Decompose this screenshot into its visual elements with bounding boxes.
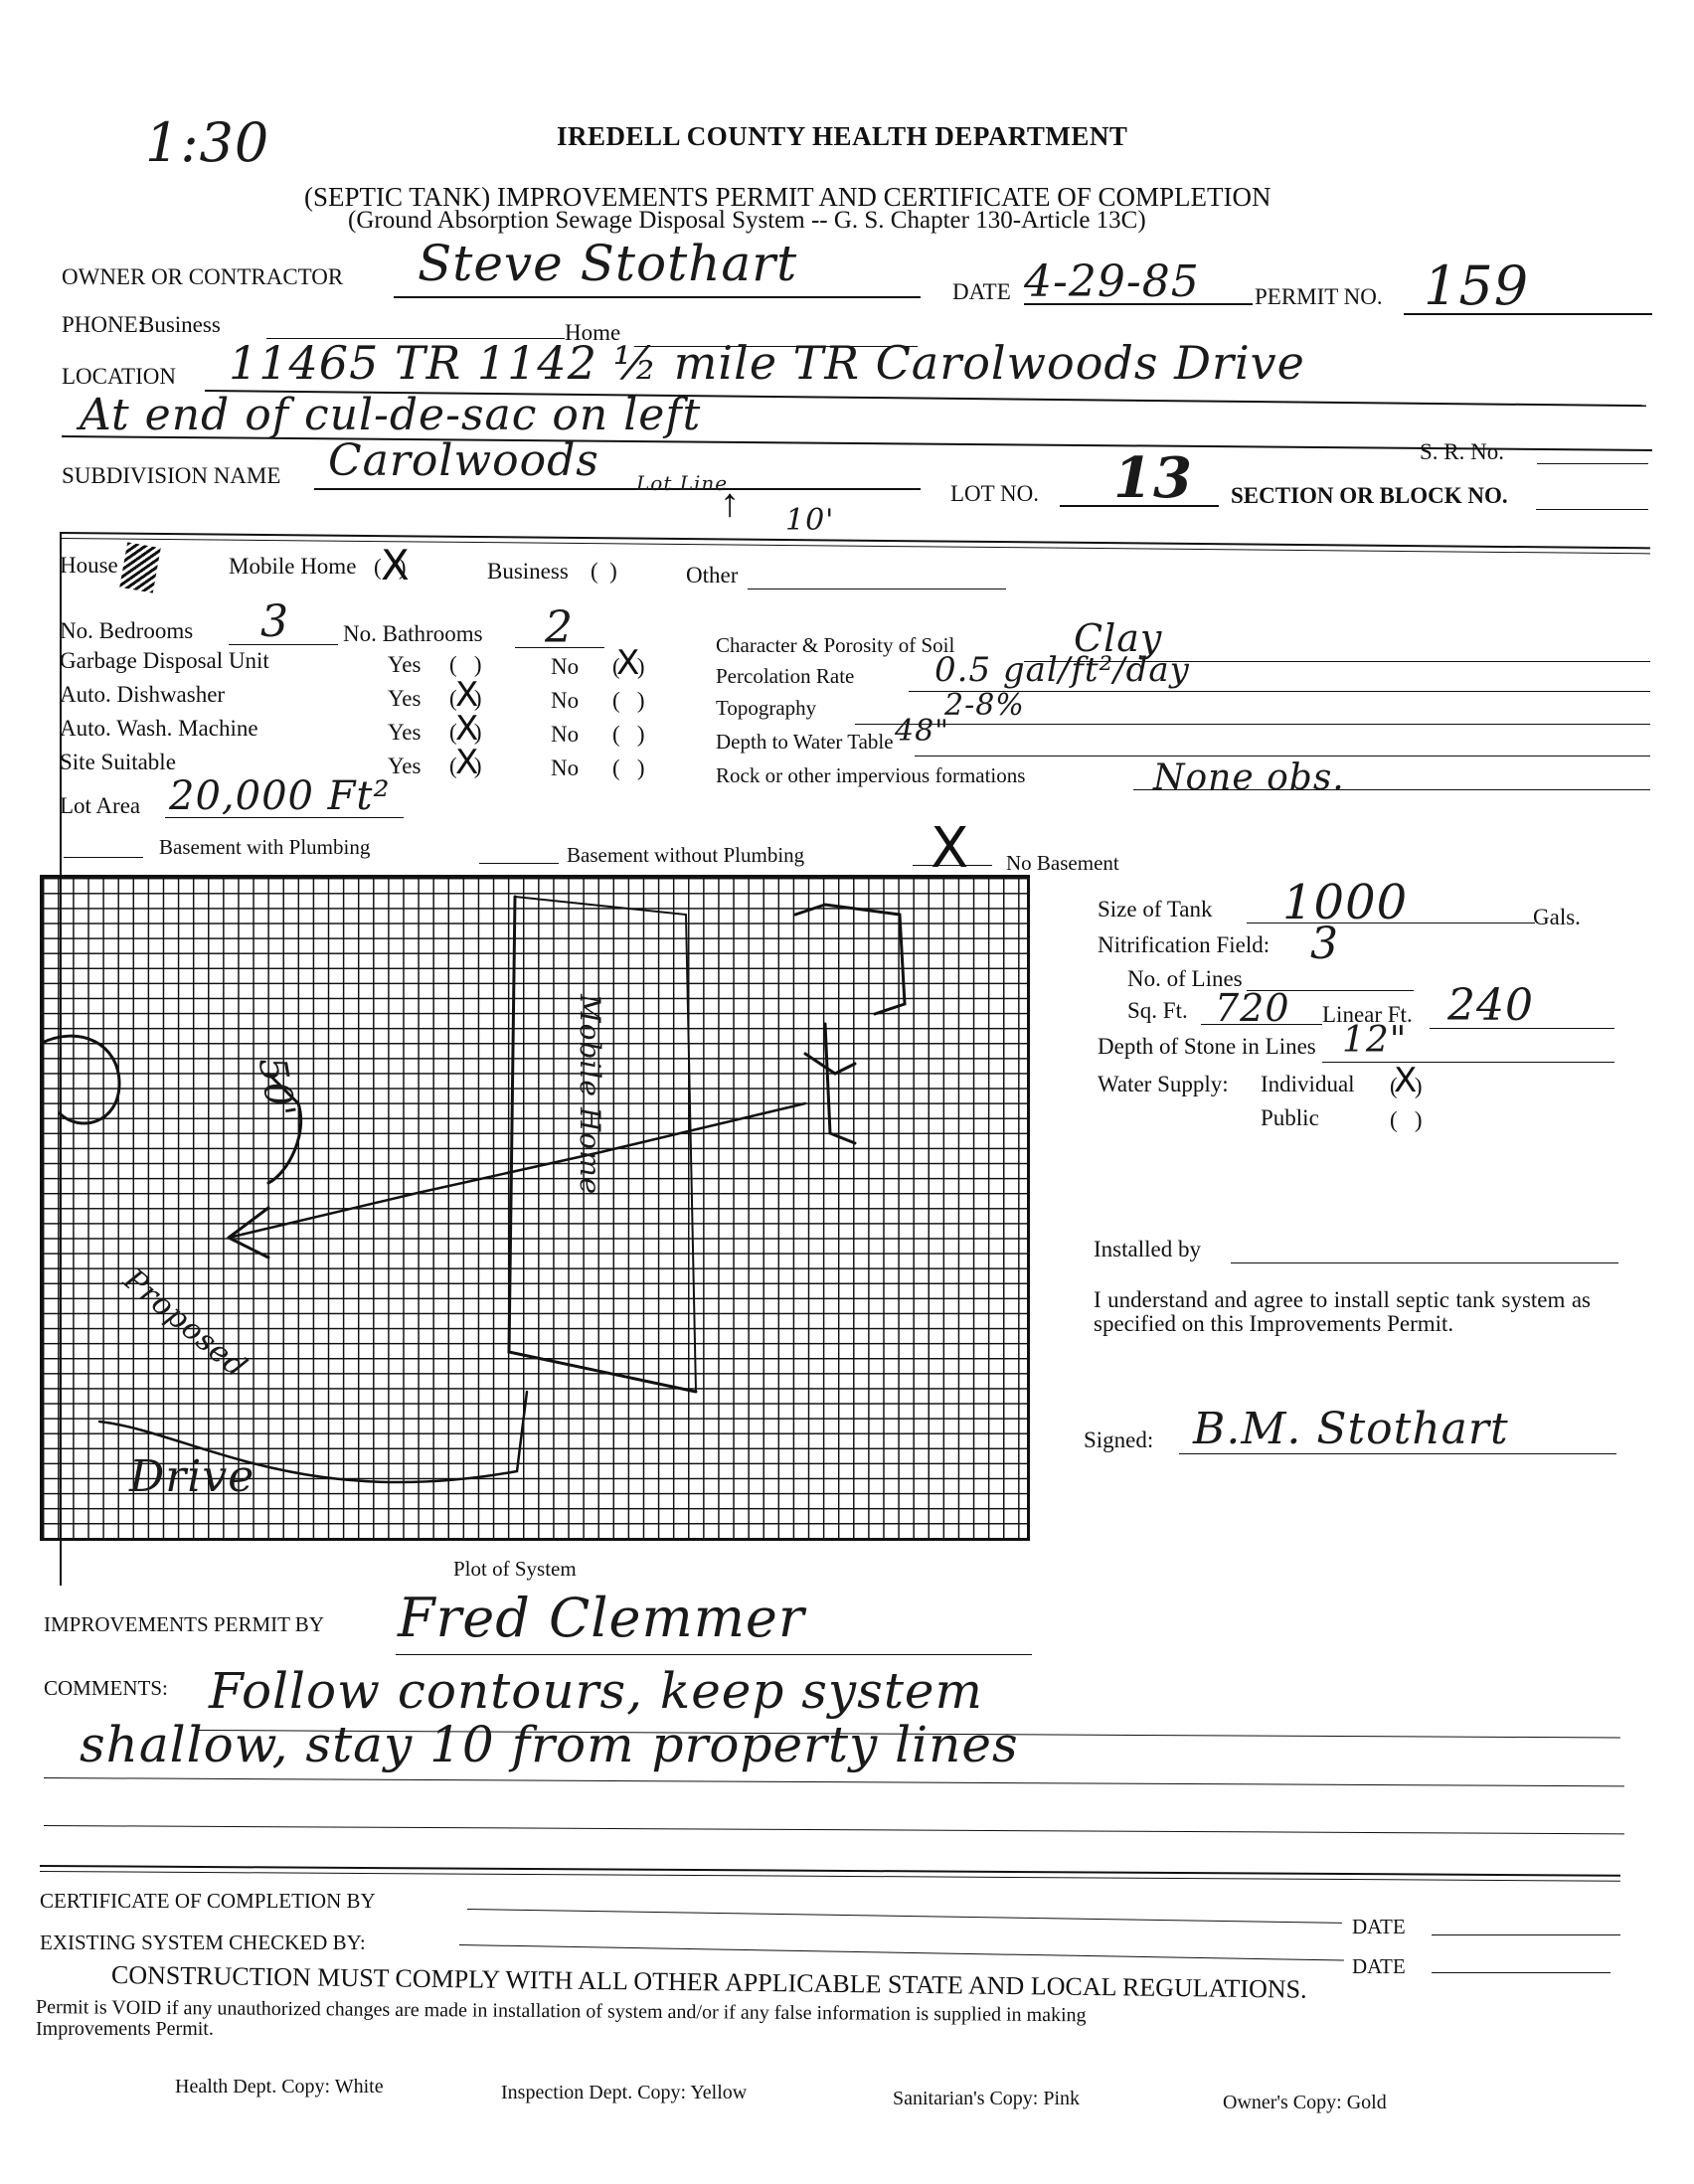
void-notice-line2: Improvements Permit. <box>36 2018 214 2041</box>
linear-ft-field[interactable]: 240 <box>1447 980 1534 1031</box>
house-scribble <box>119 542 160 592</box>
tank-size-label: Size of Tank <box>1098 897 1213 923</box>
location-label: LOCATION <box>62 364 176 390</box>
site-suitable-no-checkbox[interactable]: ( ) <box>612 756 645 781</box>
public-checkbox[interactable]: ( ) <box>1390 1107 1423 1133</box>
comments-label: COMMENTS: <box>44 1676 168 1701</box>
no-label: No <box>551 654 579 680</box>
other-field[interactable] <box>748 588 1006 589</box>
date-label-1: DATE <box>1352 1915 1406 1939</box>
signature-field[interactable]: B.M. Stothart <box>1193 1404 1509 1454</box>
arrow-up-icon: ↑ <box>720 483 740 523</box>
sr-no-field[interactable] <box>1537 463 1648 464</box>
other-label: Other <box>686 563 738 588</box>
margin-note: 1:30 <box>145 111 269 174</box>
date-label: DATE <box>952 279 1011 305</box>
garbage-no-mark: X <box>616 646 639 680</box>
comments-line3[interactable] <box>44 1825 1624 1834</box>
yes-label: Yes <box>388 754 421 779</box>
soil-character-label: Character & Porosity of Soil <box>716 633 954 658</box>
wash-machine-label: Auto. Wash. Machine <box>60 716 258 742</box>
existing-system-label: EXISTING SYSTEM CHECKED BY: <box>40 1931 366 1955</box>
permit-by-field[interactable]: Fred Clemmer <box>398 1587 805 1649</box>
existing-system-field[interactable] <box>459 1944 1344 1961</box>
yes-label: Yes <box>388 652 421 678</box>
tank-unit-label: Gals. <box>1533 905 1581 930</box>
percolation-field[interactable]: 0.5 gal/ft²/day <box>934 650 1190 690</box>
stone-depth-field[interactable]: 12" <box>1342 1020 1407 1061</box>
percolation-label: Percolation Rate <box>716 664 854 689</box>
lines-field[interactable]: 3 <box>1310 919 1339 969</box>
owner-label: OWNER OR CONTRACTOR <box>62 264 343 290</box>
water-table-label: Depth to Water Table <box>716 730 894 755</box>
lot-line-annotation: Lot Line <box>636 471 728 495</box>
lot-no-field[interactable]: 13 <box>1113 445 1193 511</box>
sr-no-label: S. R. No. <box>1420 439 1504 465</box>
sketch-label-mobile-home: Mobile Home <box>574 994 606 1195</box>
plot-sketch <box>40 875 1030 1541</box>
nitrification-label: Nitrification Field: <box>1098 932 1270 958</box>
installed-by-field[interactable] <box>1231 1262 1618 1263</box>
rock-formations-field[interactable]: None obs. <box>1153 757 1345 798</box>
section-label: SECTION OR BLOCK NO. <box>1231 483 1508 509</box>
sqft-label: Sq. Ft. <box>1127 998 1188 1024</box>
date-field[interactable]: 4-29-85 <box>1024 256 1200 307</box>
lot-area-label: Lot Area <box>60 793 140 819</box>
comments-line1[interactable]: Follow contours, keep system <box>209 1662 983 1720</box>
basement-without-field[interactable] <box>479 863 559 864</box>
certificate-field[interactable] <box>467 1909 1342 1924</box>
yes-label: Yes <box>388 686 421 712</box>
completion-date-2-field[interactable] <box>1432 1972 1610 1973</box>
dishwasher-yes-mark: X <box>455 678 478 712</box>
phone-business-label: Business <box>139 312 221 338</box>
sketch-label-road: Drive <box>129 1451 254 1502</box>
installed-by-label: Installed by <box>1094 1237 1201 1262</box>
no-basement-label: No Basement <box>1006 851 1119 876</box>
garbage-disposal-label: Garbage Disposal Unit <box>60 648 269 674</box>
site-suitable-yes-mark: X <box>455 746 478 779</box>
basement-without-label: Basement without Plumbing <box>567 843 804 868</box>
completion-date-1-field[interactable] <box>1432 1934 1620 1935</box>
agreement-text: I understand and agree to install septic… <box>1094 1288 1591 1336</box>
site-suitable-label: Site Suitable <box>60 750 176 775</box>
permit-no-field[interactable]: 159 <box>1424 254 1529 317</box>
no-label: No <box>551 722 579 748</box>
lot-line-distance: 10' <box>785 503 834 538</box>
certificate-label: CERTIFICATE OF COMPLETION BY <box>40 1889 376 1914</box>
topography-field[interactable]: 2-8% <box>944 688 1025 723</box>
bathrooms-field[interactable]: 2 <box>545 602 574 653</box>
bedrooms-label: No. Bedrooms <box>60 618 193 644</box>
phone-label: PHONE: <box>62 312 144 338</box>
department-title: IREDELL COUNTY HEALTH DEPARTMENT <box>557 121 1127 152</box>
water-supply-label: Water Supply: <box>1098 1072 1229 1097</box>
signed-label: Signed: <box>1084 1428 1153 1453</box>
subdivision-field[interactable]: Carolwoods <box>328 435 599 486</box>
business-checkbox[interactable]: ( ) <box>591 559 617 585</box>
dishwasher-no-checkbox[interactable]: ( ) <box>612 688 645 714</box>
bathrooms-label: No. Bathrooms <box>343 621 483 647</box>
house-label: House <box>60 553 118 579</box>
copy-inspection-dept: Inspection Dept. Copy: Yellow <box>501 2082 747 2104</box>
mobile-home-mark[interactable]: X <box>381 545 410 587</box>
form-subtitle: (Ground Absorption Sewage Disposal Syste… <box>348 207 1146 235</box>
location-line1[interactable]: 11465 TR 1142 ½ mile TR Carolwoods Drive <box>229 336 1305 390</box>
mobile-home-label: Mobile Home <box>229 554 356 580</box>
section-field[interactable] <box>1536 509 1648 510</box>
copy-health-dept: Health Dept. Copy: White <box>175 2076 384 2099</box>
wash-machine-no-checkbox[interactable]: ( ) <box>612 722 645 748</box>
business-label: Business <box>487 559 569 585</box>
subdivision-label: SUBDIVISION NAME <box>62 463 280 489</box>
lot-area-field[interactable]: 20,000 Ft² <box>169 773 391 819</box>
bedrooms-field[interactable]: 3 <box>260 596 289 647</box>
permit-by-label: IMPROVEMENTS PERMIT BY <box>44 1612 324 1637</box>
basement-with-field[interactable] <box>64 857 143 858</box>
individual-label: Individual <box>1261 1072 1355 1097</box>
plot-caption: Plot of System <box>453 1557 577 1582</box>
topography-label: Topography <box>716 696 816 721</box>
water-table-field[interactable]: 48" <box>895 714 949 749</box>
wash-machine-yes-mark: X <box>455 712 478 746</box>
rock-formations-label: Rock or other impervious formations <box>716 763 1025 788</box>
basement-with-label: Basement with Plumbing <box>159 835 370 860</box>
yes-no-table: Garbage Disposal Unit Yes ( ) No ( ) X A… <box>60 648 676 783</box>
owner-field[interactable]: Steve Stothart <box>418 235 797 292</box>
public-label: Public <box>1261 1105 1319 1131</box>
no-basement-mark[interactable]: X <box>931 821 968 877</box>
copy-sanitarian: Sanitarian's Copy: Pink <box>893 2088 1080 2110</box>
tank-size-field[interactable]: 1000 <box>1282 875 1408 930</box>
location-line2[interactable]: At end of cul-de-sac on left <box>80 390 701 440</box>
dishwasher-label: Auto. Dishwasher <box>60 682 225 708</box>
yes-label: Yes <box>388 720 421 746</box>
sqft-field[interactable]: 720 <box>1215 986 1290 1030</box>
individual-mark: X <box>1394 1064 1417 1097</box>
permit-no-label: PERMIT NO. <box>1255 284 1383 310</box>
stone-depth-label: Depth of Stone in Lines <box>1098 1034 1316 1060</box>
copy-owner: Owner's Copy: Gold <box>1223 2092 1387 2114</box>
comments-line2[interactable]: shallow, stay 10 from property lines <box>80 1716 1019 1773</box>
lot-no-label: LOT NO. <box>950 481 1039 507</box>
date-label-2: DATE <box>1352 1954 1406 1979</box>
no-label: No <box>551 756 579 781</box>
no-label: No <box>551 688 579 714</box>
